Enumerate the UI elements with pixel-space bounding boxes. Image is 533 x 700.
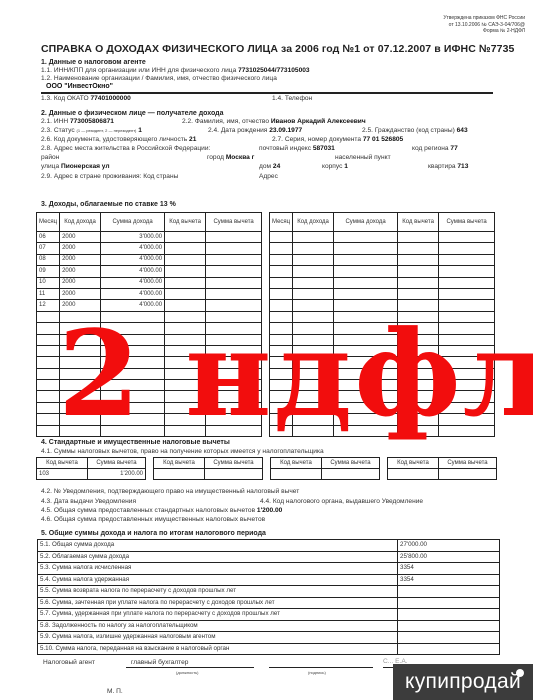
income-cell: 2000 xyxy=(60,254,101,265)
totals-label: 5.4. Сумма налога удержанная xyxy=(38,574,398,586)
income-col-header: Сумма вычета xyxy=(206,213,262,232)
income-cell: 4'000.00 xyxy=(101,288,165,299)
income-cell xyxy=(37,402,60,413)
income-cell: 3'000.00 xyxy=(101,232,165,243)
income-cell xyxy=(37,368,60,379)
approval-line-1: Утверждена приказом ФНС России xyxy=(443,15,525,22)
position-value: главный бухгалтер xyxy=(131,659,188,666)
postal-value: 587031 xyxy=(313,145,335,152)
deductions-label: 4.1. Суммы налоговых вычетов, право на п… xyxy=(41,448,324,455)
income-cell xyxy=(293,288,334,299)
income-cell xyxy=(270,254,293,265)
street-value: Пионерская ул xyxy=(61,163,110,170)
income-cell xyxy=(293,277,334,288)
deduction-amount: 1'200.00 xyxy=(88,469,146,480)
person-inn-value: 773005806871 xyxy=(70,118,114,125)
site-watermark: купипродай xyxy=(393,664,533,700)
income-col-header: Сумма дохода xyxy=(334,213,398,232)
income-cell xyxy=(398,277,439,288)
income-cell: 12 xyxy=(37,300,60,311)
agent-inn-kpp-label: 1.1. ИНН/КПП для организации или ИНН для… xyxy=(41,67,236,74)
income-cell xyxy=(37,345,60,356)
totals-row: 5.4. Сумма налога удержанная3354 xyxy=(38,574,500,586)
seal-label: М. П. xyxy=(107,688,123,695)
income-row: 0820004'000.00 xyxy=(37,254,262,265)
signature-caption: (подпись) xyxy=(308,670,326,675)
income-row: 0720004'000.00 xyxy=(37,243,262,254)
income-cell: 11 xyxy=(37,288,60,299)
income-row xyxy=(270,266,495,277)
income-cell xyxy=(37,414,60,425)
income-cell: 2000 xyxy=(60,277,101,288)
person-doc-code: 2.6. Код документа, удостоверяющего личн… xyxy=(41,136,196,143)
deduction-table: Код вычетаСумма вычета xyxy=(270,457,380,480)
income-cell xyxy=(206,266,262,277)
position-line xyxy=(126,667,254,668)
income-cell xyxy=(270,277,293,288)
phone-label: 1.4. Телефон xyxy=(272,95,312,102)
income-cell: 4'000.00 xyxy=(101,277,165,288)
income-cell xyxy=(270,266,293,277)
city-label: город xyxy=(207,154,224,161)
totals-label: 5.3. Сумма налога исчисленная xyxy=(38,563,398,575)
totals-label: 5.6. Сумма, зачтенная при уплате налога … xyxy=(38,597,398,609)
income-cell xyxy=(398,232,439,243)
totals-row: 5.2. Облагаемая сумма дохода25'800.00 xyxy=(38,551,500,563)
deduction-amount xyxy=(205,469,263,480)
income-col-header: Месяц xyxy=(37,213,60,232)
deduction-table: Код вычетаСумма вычета xyxy=(387,457,497,480)
income-cell xyxy=(206,254,262,265)
income-cell: 07 xyxy=(37,243,60,254)
totals-row: 5.10. Сумма налога, переданная на взыска… xyxy=(38,643,500,655)
agent-phone: 1.4. Телефон xyxy=(272,95,312,102)
totals-value xyxy=(398,609,500,621)
locality-label: населенный пункт xyxy=(335,154,391,161)
income-col-header: Код дохода xyxy=(60,213,101,232)
totals-value: 3354 xyxy=(398,574,500,586)
income-row xyxy=(270,288,495,299)
flat-value: 713 xyxy=(457,163,468,170)
district: район xyxy=(41,154,59,161)
person-birthdate: 2.4. Дата рождения 23.09.1977 xyxy=(208,127,302,134)
income-cell xyxy=(37,425,60,436)
notice-date: 4.3. Дата выдачи Уведомления xyxy=(41,498,136,505)
agent-name-value: ООО "ИнвестОкно" xyxy=(46,83,113,90)
notice-tax-office: 4.4. Код налогового органа, выдавшего Ув… xyxy=(260,498,423,505)
deduction-code xyxy=(271,469,322,480)
building-value: 1 xyxy=(344,163,348,170)
income-col-header: Код дохода xyxy=(293,213,334,232)
deduction-code: 103 xyxy=(37,469,88,480)
flat: квартира 713 xyxy=(428,163,468,170)
building: корпус 1 xyxy=(322,163,348,170)
income-cell xyxy=(334,277,398,288)
doc-code-label: 2.6. Код документа, удостоверяющего личн… xyxy=(41,136,187,143)
totals-row: 5.6. Сумма, зачтенная при уплате налога … xyxy=(38,597,500,609)
totals-value xyxy=(398,597,500,609)
deduction-col-header: Код вычета xyxy=(37,458,88,469)
income-cell xyxy=(293,232,334,243)
street: улица Пионерская ул xyxy=(41,163,110,170)
watermark-dot-icon xyxy=(516,669,524,677)
house-value: 24 xyxy=(273,163,280,170)
totals-value: 25'800.00 xyxy=(398,551,500,563)
income-cell xyxy=(206,277,262,288)
section1-heading: 1. Данные о налоговом агенте xyxy=(41,59,146,66)
income-cell xyxy=(165,254,206,265)
income-cell xyxy=(37,380,60,391)
income-cell xyxy=(37,357,60,368)
deduction-col-header: Сумма вычета xyxy=(205,458,263,469)
totals-row: 5.3. Сумма налога исчисленная3354 xyxy=(38,563,500,575)
income-cell xyxy=(334,232,398,243)
citizenship-value: 643 xyxy=(457,127,468,134)
person-fio: 2.2. Фамилия, имя, отчество Иванов Аркад… xyxy=(182,118,366,125)
person-citizenship: 2.5. Гражданство (код страны) 643 xyxy=(362,127,468,134)
income-cell xyxy=(439,277,495,288)
deduction-col-header: Код вычета xyxy=(271,458,322,469)
house: дом 24 xyxy=(259,163,280,170)
standard-deductions-value: 1'200.00 xyxy=(257,507,282,514)
locality: населенный пункт xyxy=(335,154,391,161)
approval-line-3: Форма № 2-НДФЛ xyxy=(443,28,525,35)
deduction-col-header: Код вычета xyxy=(388,458,439,469)
income-cell xyxy=(334,254,398,265)
income-cell: 4'000.00 xyxy=(101,243,165,254)
section2-heading: 2. Данные о физическом лице — получателе… xyxy=(41,110,224,117)
person-fio-value: Иванов Аркадий Алексеевич xyxy=(271,118,366,125)
income-cell xyxy=(293,243,334,254)
income-cell: 2000 xyxy=(60,266,101,277)
birthdate-value: 23.09.1977 xyxy=(269,127,302,134)
status-hint: (1 — резидент, 2 — нерезидент) xyxy=(77,128,137,133)
doc-code-value: 21 xyxy=(189,136,196,143)
region-value: 77 xyxy=(450,145,457,152)
income-row: 1120004'000.00 xyxy=(37,288,262,299)
totals-row: 5.7. Сумма, удержанная при уплате налога… xyxy=(38,609,500,621)
person-doc-number: 2.7. Серия, номер документа 77 01 526805 xyxy=(272,136,403,143)
address-label: 2.8. Адрес места жительства в Российской… xyxy=(41,145,210,152)
income-cell xyxy=(37,391,60,402)
totals-value xyxy=(398,620,500,632)
totals-row: 5.1. Общая сумма дохода27'000.00 xyxy=(38,540,500,552)
status-value: 1 xyxy=(138,127,142,134)
agent-okato: 1.3. Код ОКАТО 77401000000 xyxy=(41,95,131,102)
foreign-address: Адрес xyxy=(259,173,278,180)
agent-name-label: 1.2. Наименование организации / Фамилия,… xyxy=(41,75,277,82)
income-cell: 06 xyxy=(37,232,60,243)
income-col-header: Код вычета xyxy=(398,213,439,232)
income-cell xyxy=(165,243,206,254)
income-col-header: Сумма вычета xyxy=(439,213,495,232)
totals-label: 5.8. Задолженность по налогу за налогопл… xyxy=(38,620,398,632)
signature-line xyxy=(269,667,373,668)
income-cell xyxy=(439,288,495,299)
deduction-col-header: Код вычета xyxy=(154,458,205,469)
income-cell xyxy=(293,254,334,265)
deduction-table: Код вычетаСумма вычета xyxy=(153,457,263,480)
income-cell xyxy=(439,254,495,265)
city: город Москва г xyxy=(207,154,254,161)
okato-value: 77401000000 xyxy=(90,95,130,102)
income-cell: 08 xyxy=(37,254,60,265)
income-row xyxy=(270,232,495,243)
agent-inn-kpp-value: 7731025044/773105003 xyxy=(238,67,310,74)
income-cell xyxy=(398,266,439,277)
deduction-amount xyxy=(322,469,380,480)
totals-value xyxy=(398,632,500,644)
street-label: улица xyxy=(41,163,59,170)
status-label: 2.3. Статус xyxy=(41,127,75,134)
totals-label: 5.5. Сумма возврата налога по перерасчет… xyxy=(38,586,398,598)
income-row xyxy=(270,277,495,288)
form-name-overlay: 2 ндфл xyxy=(58,315,533,433)
postal-code: почтовый индекс 587031 xyxy=(259,145,335,152)
income-cell xyxy=(37,334,60,345)
income-cell xyxy=(37,323,60,334)
income-cell xyxy=(439,243,495,254)
totals-label: 5.9. Сумма налога, излишне удержанная на… xyxy=(38,632,398,644)
income-cell xyxy=(439,266,495,277)
income-cell xyxy=(398,254,439,265)
tax-agent-label: Налоговый агент xyxy=(43,659,95,666)
document-title: СПРАВКА О ДОХОДАХ ФИЗИЧЕСКОГО ЛИЦА за 20… xyxy=(41,43,515,55)
section4-heading: 4. Стандартные и имущественные налоговые… xyxy=(41,439,230,446)
region-label: код региона xyxy=(412,145,449,152)
totals-value xyxy=(398,643,500,655)
income-cell: 4'000.00 xyxy=(101,254,165,265)
citizenship-label: 2.5. Гражданство (код страны) xyxy=(362,127,455,134)
person-inn-label: 2.1. ИНН xyxy=(41,118,68,125)
income-cell xyxy=(206,232,262,243)
standard-deductions-total: 4.5. Общая сумма предоставленных стандар… xyxy=(41,507,282,514)
section5-heading: 5. Общие суммы дохода и налога по итогам… xyxy=(41,530,266,537)
totals-label: 5.10. Сумма налога, переданная на взыска… xyxy=(38,643,398,655)
watermark-text: купипродай xyxy=(405,670,521,693)
totals-value xyxy=(398,586,500,598)
totals-row: 5.5. Сумма возврата налога по перерасчет… xyxy=(38,586,500,598)
income-row xyxy=(270,254,495,265)
income-cell xyxy=(270,288,293,299)
income-cell: 4'000.00 xyxy=(101,266,165,277)
income-cell: 2000 xyxy=(60,288,101,299)
income-row: 0920004'000.00 xyxy=(37,266,262,277)
flat-label: квартира xyxy=(428,163,456,170)
doc-number-label: 2.7. Серия, номер документа xyxy=(272,136,361,143)
income-cell xyxy=(398,288,439,299)
income-cell: 10 xyxy=(37,277,60,288)
totals-label: 5.1. Общая сумма дохода xyxy=(38,540,398,552)
income-cell xyxy=(37,311,60,322)
deduction-col-header: Сумма вычета xyxy=(88,458,146,469)
totals-row: 5.9. Сумма налога, излишне удержанная на… xyxy=(38,632,500,644)
district-label: район xyxy=(41,154,59,161)
property-notice-number: 4.2. № Уведомления, подтверждающего прав… xyxy=(41,488,299,495)
property-deductions-total: 4.6. Общая сумма предоставленных имущест… xyxy=(41,516,265,523)
income-col-header: Сумма дохода xyxy=(101,213,165,232)
house-label: дом xyxy=(259,163,271,170)
income-cell xyxy=(334,288,398,299)
person-fio-label: 2.2. Фамилия, имя, отчество xyxy=(182,118,269,125)
income-cell xyxy=(334,243,398,254)
deduction-col-header: Сумма вычета xyxy=(322,458,380,469)
deduction-code xyxy=(154,469,205,480)
income-cell xyxy=(293,266,334,277)
income-cell xyxy=(206,243,262,254)
totals-value: 27'000.00 xyxy=(398,540,500,552)
person-status: 2.3. Статус (1 — резидент, 2 — нерезиден… xyxy=(41,127,142,134)
income-cell xyxy=(270,243,293,254)
totals-value: 3354 xyxy=(398,563,500,575)
income-cell xyxy=(165,277,206,288)
section1-divider xyxy=(41,92,493,94)
income-row: 1020004'000.00 xyxy=(37,277,262,288)
income-cell: 2000 xyxy=(60,232,101,243)
agent-inn-kpp: 1.1. ИНН/КПП для организации или ИНН для… xyxy=(41,67,310,74)
standard-deductions-label: 4.5. Общая сумма предоставленных стандар… xyxy=(41,507,255,514)
deduction-amount xyxy=(439,469,497,480)
person-inn: 2.1. ИНН 773005806871 xyxy=(41,118,114,125)
income-cell xyxy=(334,266,398,277)
income-row: 0620003'000.00 xyxy=(37,232,262,243)
income-cell xyxy=(165,266,206,277)
building-label: корпус xyxy=(322,163,342,170)
income-cell xyxy=(270,232,293,243)
income-cell xyxy=(206,288,262,299)
income-col-header: Код вычета xyxy=(165,213,206,232)
income-row xyxy=(270,243,495,254)
okato-label: 1.3. Код ОКАТО xyxy=(41,95,89,102)
region-code: код региона 77 xyxy=(412,145,458,152)
totals-table: 5.1. Общая сумма дохода27'000.005.2. Обл… xyxy=(37,539,500,655)
income-col-header: Месяц xyxy=(270,213,293,232)
totals-label: 5.7. Сумма, удержанная при уплате налога… xyxy=(38,609,398,621)
deduction-code xyxy=(388,469,439,480)
birthdate-label: 2.4. Дата рождения xyxy=(208,127,267,134)
postal-label: почтовый индекс xyxy=(259,145,311,152)
foreign-country: 2.9. Адрес в стране проживания: Код стра… xyxy=(41,173,178,180)
doc-number-value: 77 01 526805 xyxy=(363,136,403,143)
income-cell: 09 xyxy=(37,266,60,277)
income-cell xyxy=(165,288,206,299)
totals-label: 5.2. Облагаемая сумма дохода xyxy=(38,551,398,563)
income-cell xyxy=(398,243,439,254)
deduction-col-header: Сумма вычета xyxy=(439,458,497,469)
deduction-table: Код вычетаСумма вычета1031'200.00 xyxy=(36,457,146,480)
totals-row: 5.8. Задолженность по налогу за налогопл… xyxy=(38,620,500,632)
income-cell: 2000 xyxy=(60,243,101,254)
income-cell xyxy=(439,232,495,243)
city-value: Москва г xyxy=(226,154,255,161)
income-cell xyxy=(165,232,206,243)
form-approval-note: Утверждена приказом ФНС России от 13.10.… xyxy=(443,15,525,35)
position-caption: (должность) xyxy=(176,670,199,675)
section3-heading: 3. Доходы, облагаемые по ставке 13 % xyxy=(41,201,176,208)
